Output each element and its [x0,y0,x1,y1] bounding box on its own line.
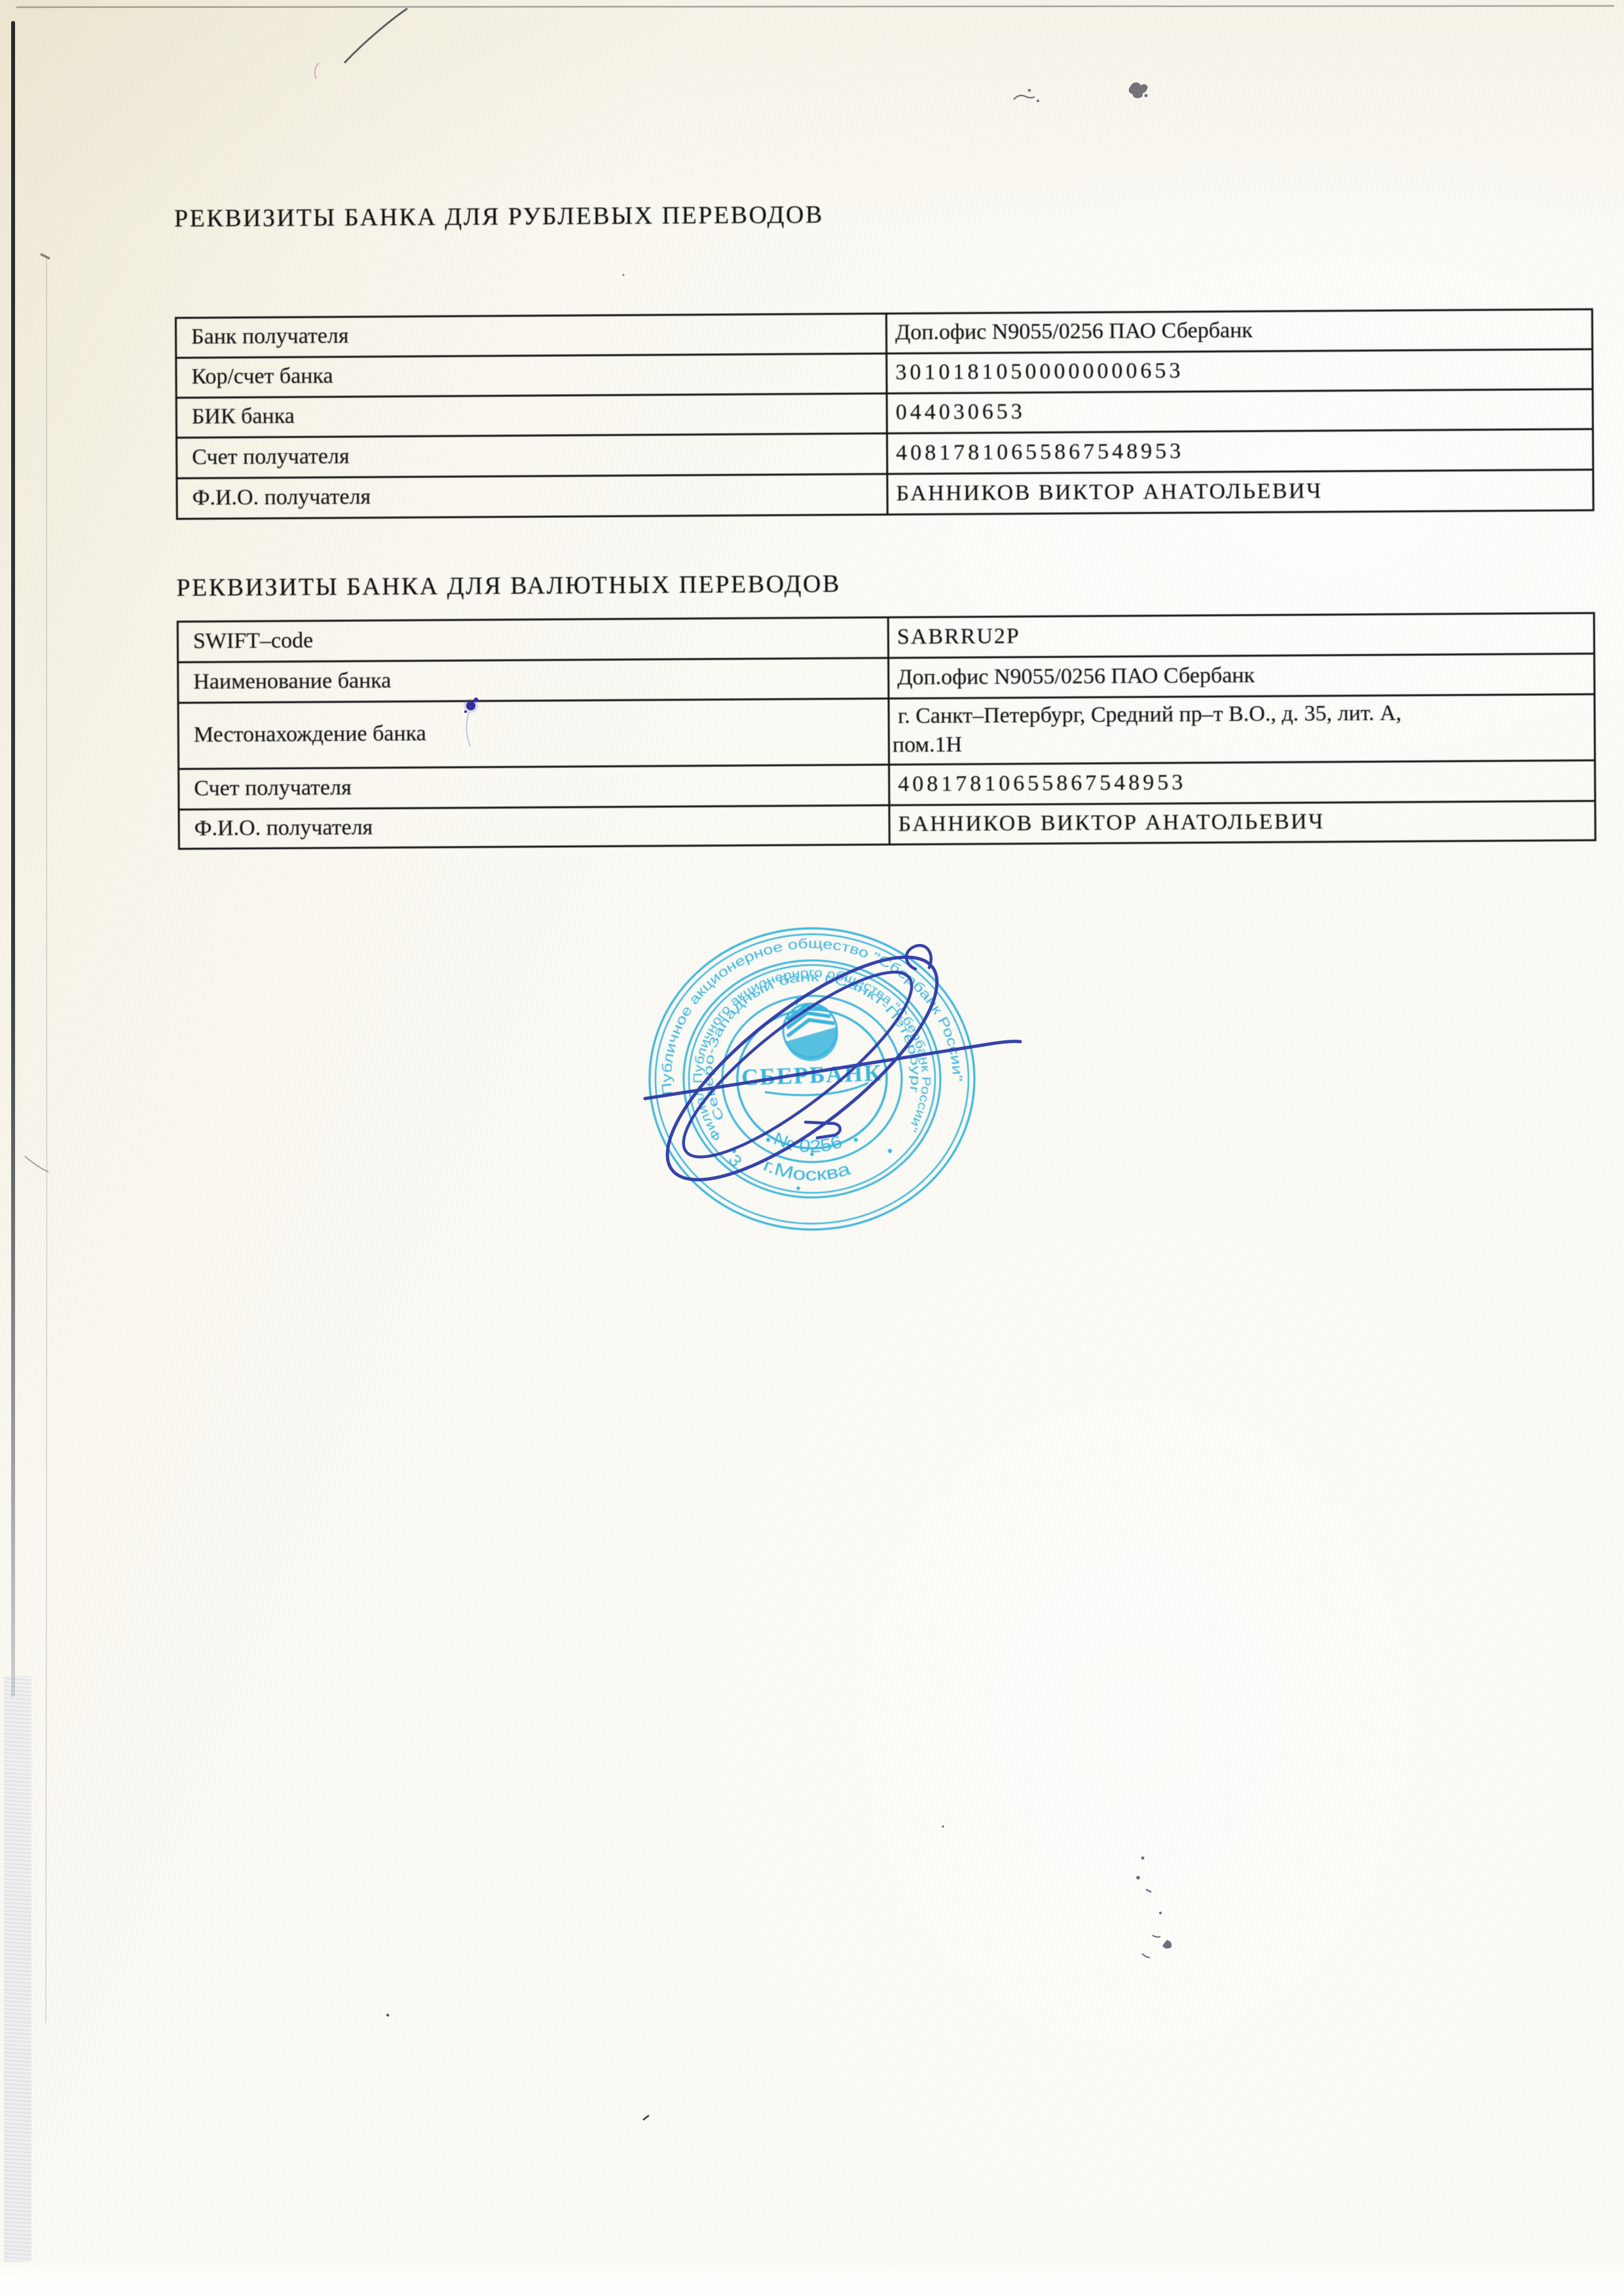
row-value: SABRRU2P [888,613,1594,658]
row-label: Ф.И.О. получателя [179,805,889,849]
stamp-and-signature: Публичное акционерное общество "Сбербанк… [609,890,1067,1257]
stamp-dot [766,1138,770,1142]
row-value: 30101810500000000653 [887,349,1593,393]
row-label: Счет получателя [177,433,887,479]
row-value: г. Санкт–Петербург, Средний пр–т В.О., д… [889,694,1595,765]
stamp-dot [810,1152,814,1156]
table-row: Местонахождение банка г. Санкт–Петербург… [178,694,1595,769]
row-label: Наименование банка [178,658,889,703]
row-label: SWIFT–code [177,617,888,663]
row-label: Кор/счет банка [176,354,887,398]
row-value: Доп.офис N9055/0256 ПАО Сбербанк [886,309,1592,354]
row-label: Местонахождение банка [178,699,889,769]
sberbank-stamp: Публичное акционерное общество "Сбербанк… [650,928,974,1230]
row-label: Счет получателя [179,765,889,810]
stamp-dot [796,1186,800,1190]
stamp-dot [854,1138,858,1142]
row-value: 044030653 [887,389,1593,433]
stamp-city-text: г.Москва [760,1155,853,1184]
stamp-dot [888,1149,892,1153]
currency-transfers-title: РЕКВИЗИТЫ БАНКА ДЛЯ ВАЛЮТНЫХ ПЕРЕВОДОВ [176,570,841,602]
row-value: 40817810655867548953 [887,429,1593,474]
ruble-details-table: Банк получателя Доп.офис N9055/0256 ПАО … [175,308,1595,520]
row-value: БАННИКОВ ВИКТОР АНАТОЛЬЕВИЧ [887,469,1593,515]
row-value: БАННИКОВ ВИКТОР АНАТОЛЬЕВИЧ [889,801,1595,845]
row-label: БИК банка [176,393,887,438]
row-value: Доп.офис N9055/0256 ПАО Сбербанк [889,653,1595,699]
row-label: Банк получателя [175,314,886,358]
currency-details-table: SWIFT–code SABRRU2P Наименование банка Д… [177,612,1596,850]
row-value: 40817810655867548953 [889,760,1595,805]
table-row: Ф.И.О. получателя БАННИКОВ ВИКТОР АНАТОЛ… [179,801,1595,848]
ruble-transfers-title: РЕКВИЗИТЫ БАНКА ДЛЯ РУБЛЕВЫХ ПЕРЕВОДОВ [174,200,824,233]
row-label: Ф.И.О. получателя [177,474,887,519]
table-row: Ф.И.О. получателя БАННИКОВ ВИКТОР АНАТОЛ… [177,469,1593,519]
